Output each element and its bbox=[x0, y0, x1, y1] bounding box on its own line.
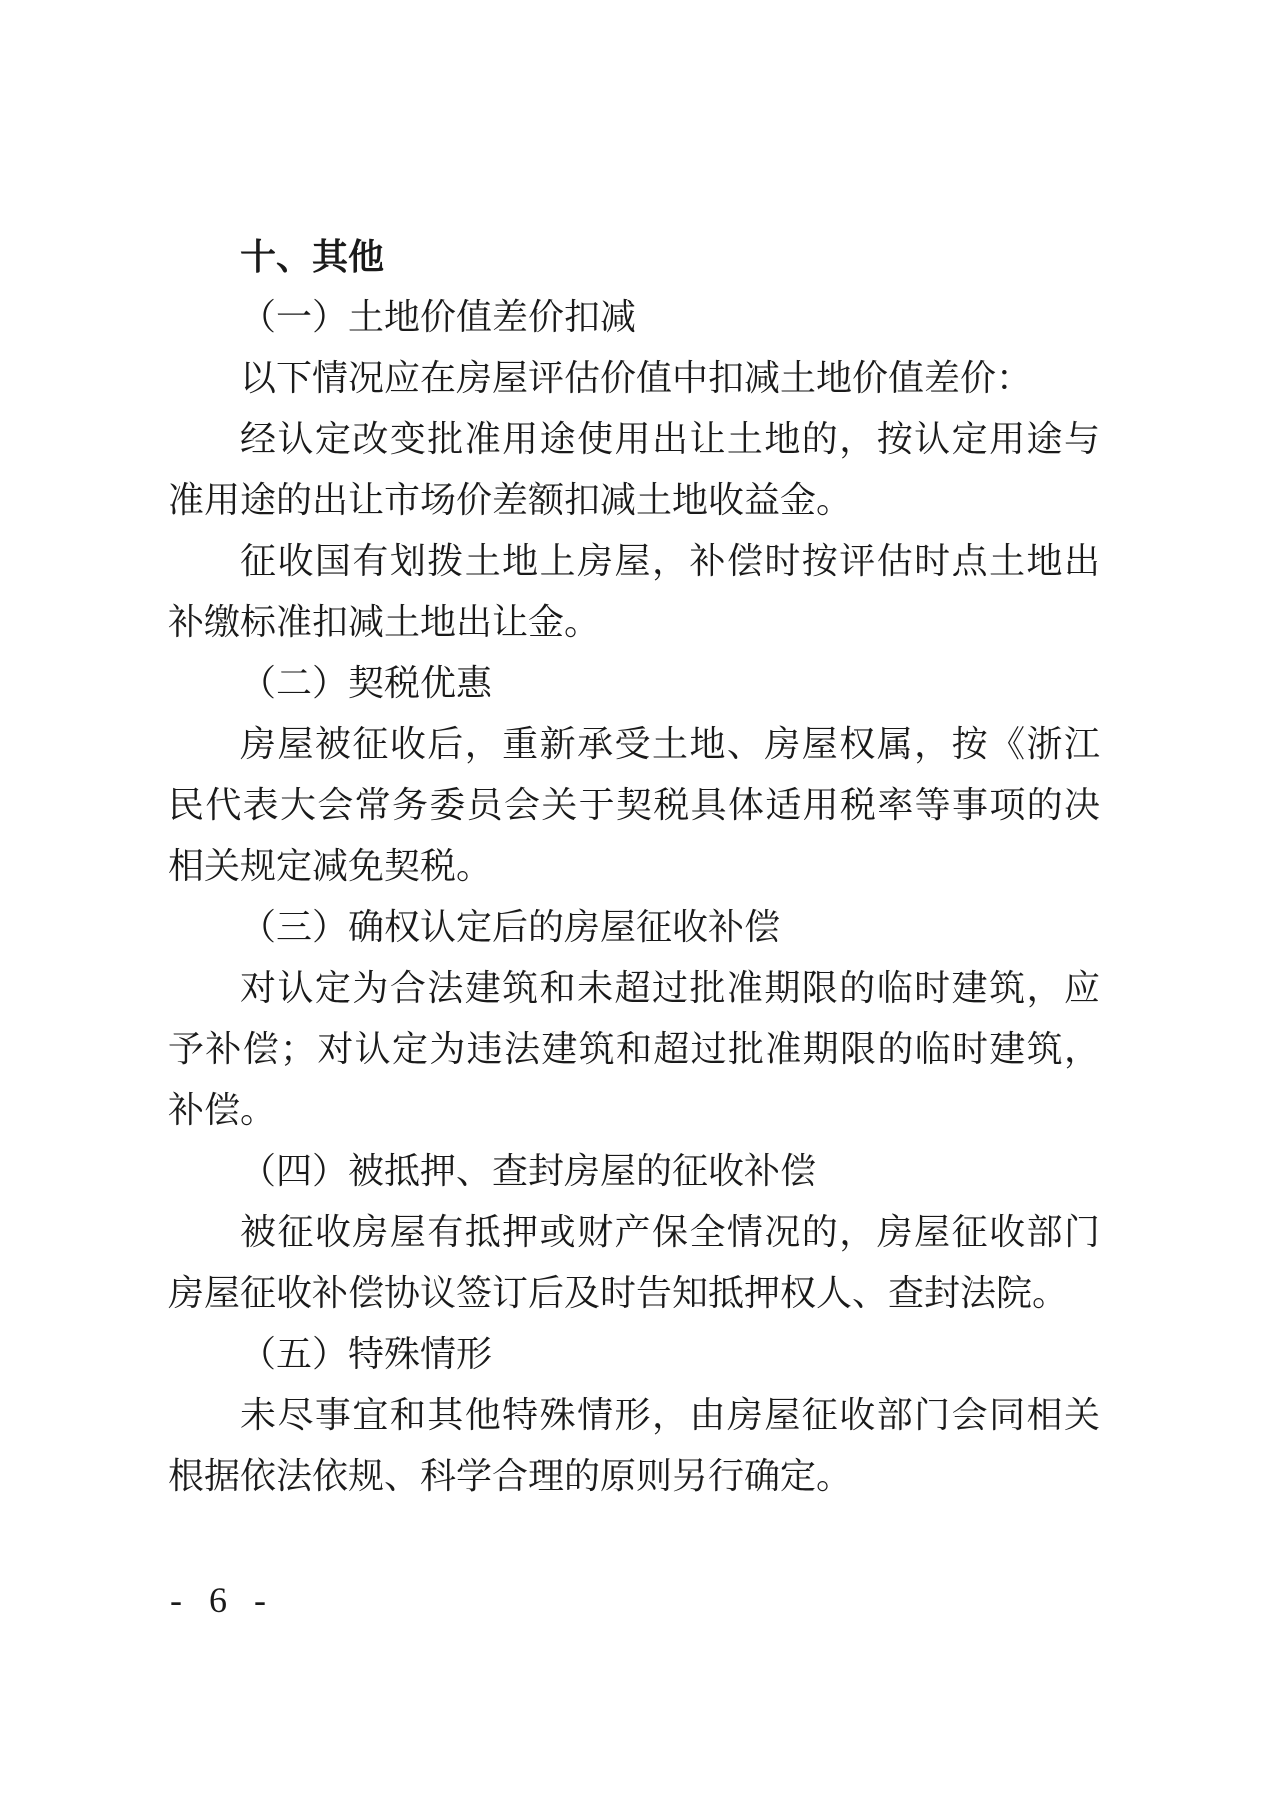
document-page: 十、其他 （一）土地价值差价扣减 以下情况应在房屋评估价值中扣减土地价值差价： … bbox=[0, 0, 1280, 1810]
body-line: 予补偿；对认定为违法建筑和超过批准期限的临时建筑，不予 bbox=[168, 1019, 1100, 1080]
subheading-2-deed-tax: （二）契税优惠 bbox=[168, 653, 1100, 714]
heading-section-ten: 十、其他 bbox=[168, 226, 1100, 287]
body-line: 以下情况应在房屋评估价值中扣减土地价值差价： bbox=[168, 348, 1100, 409]
body-line: 征收国有划拨土地上房屋，补偿时按评估时点土地出让金 bbox=[168, 531, 1100, 592]
body-line: 相关规定减免契税。 bbox=[168, 836, 1100, 897]
subheading-3-confirmed-rights: （三）确权认定后的房屋征收补偿 bbox=[168, 897, 1100, 958]
body-line: 对认定为合法建筑和未超过批准期限的临时建筑，应当给 bbox=[168, 958, 1100, 1019]
subheading-1-land-value-offset: （一）土地价值差价扣减 bbox=[168, 287, 1100, 348]
document-body: 十、其他 （一）土地价值差价扣减 以下情况应在房屋评估价值中扣减土地价值差价： … bbox=[168, 226, 1100, 1507]
body-line: 房屋被征收后，重新承受土地、房屋权属，按《浙江省人 bbox=[168, 714, 1100, 775]
subheading-5-special-cases: （五）特殊情形 bbox=[168, 1324, 1100, 1385]
body-line: 房屋征收补偿协议签订后及时告知抵押权人、查封法院。 bbox=[168, 1263, 1100, 1324]
body-line: 经认定改变批准用途使用出让土地的，按认定用途与原批 bbox=[168, 409, 1100, 470]
body-line: 补缴标准扣减土地出让金。 bbox=[168, 592, 1100, 653]
body-line: 民代表大会常务委员会关于契税具体适用税率等事项的决定》 bbox=[168, 775, 1100, 836]
body-line: 被征收房屋有抵押或财产保全情况的，房屋征收部门应在 bbox=[168, 1202, 1100, 1263]
body-line: 未尽事宜和其他特殊情形，由房屋征收部门会同相关部门 bbox=[168, 1385, 1100, 1446]
subheading-4-mortgaged-sealed: （四）被抵押、查封房屋的征收补偿 bbox=[168, 1141, 1100, 1202]
body-line: 准用途的出让市场价差额扣减土地收益金。 bbox=[168, 470, 1100, 531]
body-line: 补偿。 bbox=[168, 1080, 1100, 1141]
body-line: 根据依法依规、科学合理的原则另行确定。 bbox=[168, 1446, 1100, 1507]
page-number: - 6 - bbox=[170, 1578, 270, 1622]
